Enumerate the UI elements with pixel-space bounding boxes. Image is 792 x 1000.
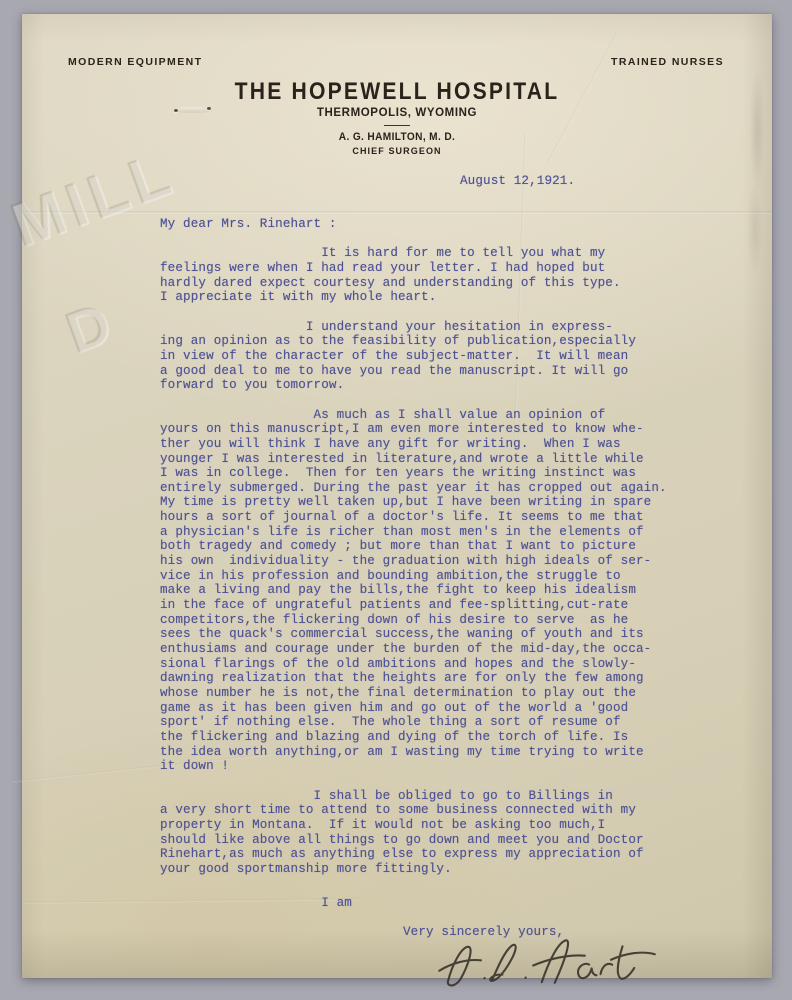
paragraph-2: I understand your hesitation in express-… bbox=[160, 320, 680, 393]
doctor-name: A. G. HAMILTON, M. D. bbox=[52, 131, 742, 143]
letterhead-motto-left: MODERN EQUIPMENT bbox=[68, 56, 202, 68]
letterhead-motto-right: TRAINED NURSES bbox=[611, 56, 724, 68]
hospital-location: THERMOPOLIS, WYOMING bbox=[22, 107, 772, 119]
letter-paper: MILL D MODERN EQUIPMENT TRAINED NURSES T… bbox=[22, 14, 772, 978]
paragraph-3: As much as I shall value an opinion of y… bbox=[160, 408, 680, 774]
letter-date: August 12,1921. bbox=[460, 174, 575, 189]
letter-body: My dear Mrs. Rinehart : It is hard for m… bbox=[160, 217, 680, 910]
edge-smudge bbox=[744, 64, 766, 284]
salutation: My dear Mrs. Rinehart : bbox=[160, 217, 680, 232]
signature-handwriting: A. L. Hart bbox=[436, 931, 658, 991]
emboss-watermark: D bbox=[58, 288, 126, 367]
doctor-title: CHIEF SURGEON bbox=[22, 146, 772, 156]
paragraph-1: It is hard for me to tell you what my fe… bbox=[160, 246, 680, 305]
letterhead-divider bbox=[384, 125, 410, 126]
pre-closing: I am bbox=[160, 896, 680, 911]
scan-background: MILL D MODERN EQUIPMENT TRAINED NURSES T… bbox=[0, 0, 792, 1000]
paragraph-4: I shall be obliged to go to Billings in … bbox=[160, 789, 680, 877]
fold-crease-horizontal-top bbox=[22, 211, 772, 214]
hospital-name: THE HOPEWELL HOSPITAL bbox=[67, 78, 727, 106]
signature-ink-strokes bbox=[436, 931, 658, 991]
